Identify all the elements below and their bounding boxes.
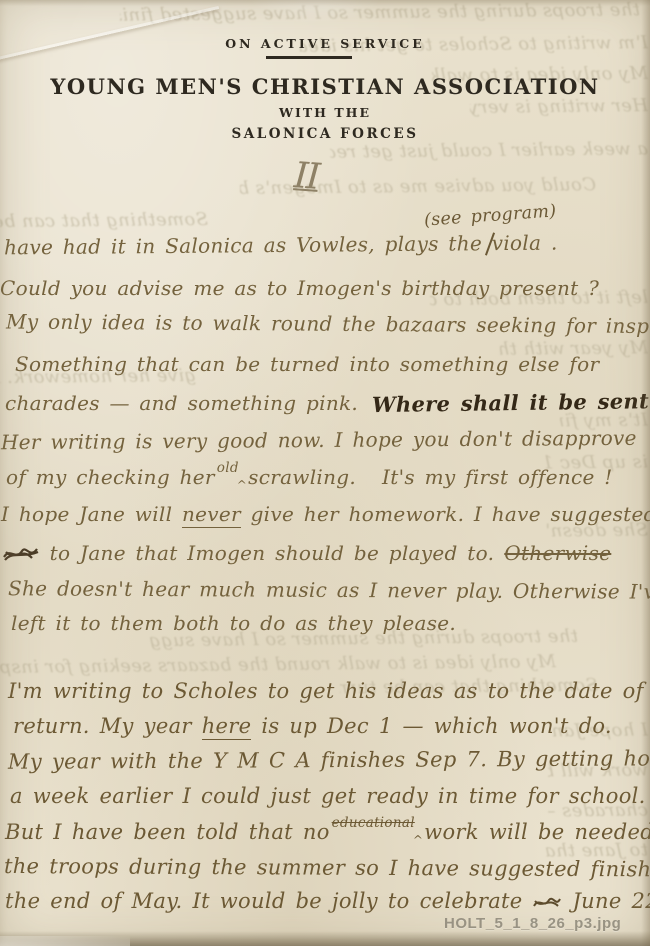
letterhead-service: ON ACTIVE SERVICE xyxy=(0,36,650,51)
line-celebrate-june22: the end of May. It would be jolly to cel… xyxy=(5,889,650,913)
annotation-see-program: (see program) xyxy=(423,201,557,230)
line-homework-text: I hope Jane will xyxy=(1,502,172,526)
ghost-showthrough-line: My only idea is to walk round the bazaar… xyxy=(0,651,556,678)
ghost-showthrough-line: Something that can be turned into someth… xyxy=(0,209,208,232)
underlined-word-here: here xyxy=(202,714,252,740)
scan-edge-highlight xyxy=(0,936,130,946)
line-played-to-text: to Jane that Imogen should be played to. xyxy=(50,541,495,565)
scribbled-out-word xyxy=(532,895,562,911)
line-charades-2: charades — and something pink.Where shal… xyxy=(5,390,650,415)
line-never-play: She doesn't hear much music as I never p… xyxy=(8,576,650,603)
line-scrawling: of my checking herold^scrawling.It's my … xyxy=(6,465,613,489)
paper-crease xyxy=(240,0,390,26)
scribbled-out-word xyxy=(2,545,40,563)
inserted-word-old: old xyxy=(217,460,239,476)
line-no-work-needed: But I have been told that noeducational^… xyxy=(5,820,650,844)
line-homework-text2: give her homework. I have suggested xyxy=(251,502,650,526)
line-ymca-sep7: My year with the Y M C A finishes Sep 7.… xyxy=(8,746,650,774)
letter-scan-page: the troops during the summer so I have s… xyxy=(0,0,650,946)
line-scrawling-text2: scrawling. xyxy=(248,465,356,489)
line-no-work-text: But I have been told that no xyxy=(5,820,330,844)
line-troops-summer: the troops during the summer so I have s… xyxy=(4,854,650,882)
letterhead-organization: YOUNG MEN'S CHRISTIAN ASSOCIATION xyxy=(0,74,650,99)
line-homework: I hope Jane will never give her homework… xyxy=(1,502,650,526)
line-charades-2-text: charades — and something pink. xyxy=(5,391,358,415)
underlined-word-never: never xyxy=(182,502,241,528)
inserted-word-educational: educational xyxy=(332,815,415,831)
line-as-they-please: left it to them both to do as they pleas… xyxy=(11,611,456,635)
line-bazaars: My only idea is to walk round the bazaar… xyxy=(6,309,650,338)
line-week-earlier: a week earlier I could just get ready in… xyxy=(10,784,646,808)
line-scrawling-text: of my checking her xyxy=(6,465,215,489)
line-birthday-present: Could you advise me as to Imogen's birth… xyxy=(0,276,599,300)
struck-word-otherwise: Otherwise xyxy=(504,541,611,565)
ghost-showthrough-line: the troops during the summer so I have s… xyxy=(120,0,640,26)
page-number-mark: II xyxy=(293,155,320,198)
caret-mark: ^ xyxy=(237,478,247,492)
line-return-text: return. My year xyxy=(13,714,192,738)
line-charades-1: Something that can be turned into someth… xyxy=(15,352,599,376)
letterhead-forces: SALONICA FORCES xyxy=(0,126,650,142)
letterhead-rule xyxy=(266,56,352,59)
line-played-to: to Jane that Imogen should be played to.… xyxy=(2,541,611,565)
line-return-dec1: return. My year here is up Dec 1 — which… xyxy=(13,714,612,738)
line-scholes: I'm writing to Scholes to get his ideas … xyxy=(8,679,650,703)
line-celebrate-text2: June 22 together xyxy=(572,889,650,913)
line-celebrate-text: the end of May. It would be jolly to cel… xyxy=(5,889,523,913)
line-return-text2: is up Dec 1 — which won't do. xyxy=(261,714,612,738)
filename-watermark: HOLT_5_1_8_26_p3.jpg xyxy=(444,915,621,932)
annotation-where-sent: Where shall it be sent ? xyxy=(372,388,650,417)
scan-edge-shadow xyxy=(0,0,650,6)
scan-edge-shadow xyxy=(0,931,650,946)
letterhead-with-the: WITH THE xyxy=(0,105,650,120)
line-her-writing: Her writing is very good now. I hope you… xyxy=(1,426,637,454)
line-no-work-text2: work will be needed here amongst xyxy=(424,820,650,844)
line-viola: have had it in Salonica as Vowles, plays… xyxy=(4,231,558,260)
line-first-offence: It's my first offence ! xyxy=(382,465,613,489)
caret-mark: ^ xyxy=(413,833,423,847)
